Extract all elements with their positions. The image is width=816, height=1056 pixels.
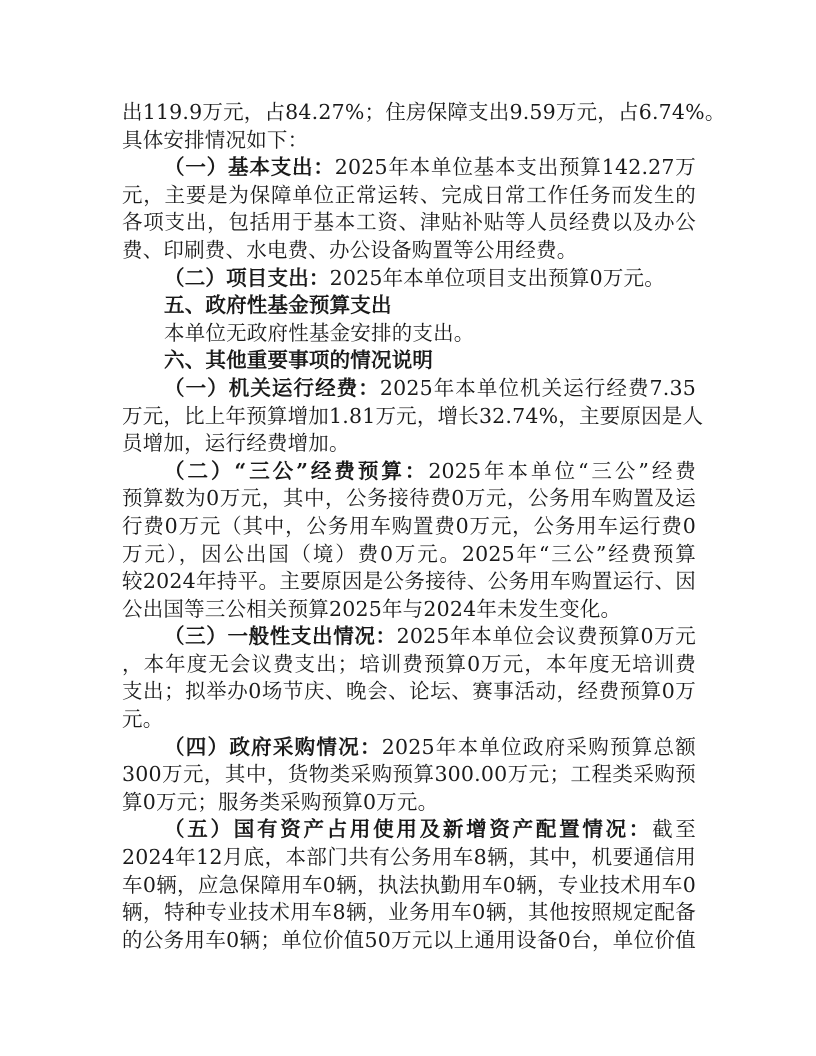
subsection-heading: （四）政府采购情况： bbox=[164, 735, 382, 759]
subsection-heading: （一）基本支出： bbox=[164, 155, 335, 179]
line-text: 公出国等三公相关预算2025年与2024年未发生变化。 bbox=[122, 597, 621, 621]
line-text: 截至 bbox=[652, 817, 696, 841]
subsection-project-expenditure: （二）项目支出：2025年本单位项目支出预算0万元。 bbox=[122, 265, 696, 293]
subsection-heading: （五）国有资产占用使用及新增资产配置情况： bbox=[164, 817, 652, 841]
body-line: 算0万元；服务类采购预算0万元。 bbox=[122, 789, 696, 817]
body-line: 支出；拟举办0场节庆、晚会、论坛、赛事活动，经费预算0万 bbox=[122, 678, 696, 706]
line-text: 员增加，运行经费增加。 bbox=[122, 431, 350, 455]
body-line: 公出国等三公相关预算2025年与2024年未发生变化。 bbox=[122, 596, 696, 624]
line-text: 各项支出，包括用于基本工资、津贴补贴等人员经费以及办公 bbox=[122, 210, 696, 234]
line-text: 万元，比上年预算增加1.81万元，增长32.74%，主要原因是人 bbox=[122, 404, 703, 428]
line-text: 车0辆，应急保障用车0辆，执法执勤用车0辆，专业技术用车0 bbox=[122, 873, 696, 897]
line-text: 300万元，其中，货物类采购预算300.00万元；工程类采购预 bbox=[122, 762, 696, 786]
line-text: 2025年本单位“三公”经费 bbox=[428, 459, 696, 483]
body-line: 预算数为0万元，其中，公务接待费0万元，公务用车购置及运 bbox=[122, 485, 696, 513]
line-text: 2025年本单位基本支出预算142.27万 bbox=[335, 155, 696, 179]
line-text: 的公务用车0辆；单位价值50万元以上通用设备0台，单位价值 bbox=[122, 928, 696, 952]
line-text: 费、印刷费、水电费、办公设备购置等公用经费。 bbox=[122, 238, 577, 262]
line-text: 万元），因公出国（境）费0万元。2025年“三公”经费预算 bbox=[122, 542, 696, 566]
line-text: 具体安排情况如下： bbox=[122, 128, 308, 152]
body-line: 的公务用车0辆；单位价值50万元以上通用设备0台，单位价值 bbox=[122, 927, 696, 955]
line-text: 2025年本单位机关运行经费7.35 bbox=[380, 376, 696, 400]
line-text: 支出；拟举办0场节庆、晚会、论坛、赛事活动，经费预算0万 bbox=[122, 679, 696, 703]
body-line: 具体安排情况如下： bbox=[122, 127, 696, 155]
body-line: 较2024年持平。主要原因是公务接待、公务用车购置运行、因 bbox=[122, 568, 696, 596]
body-line: 300万元，其中，货物类采购预算300.00万元；工程类采购预 bbox=[122, 761, 696, 789]
line-text: 较2024年持平。主要原因是公务接待、公务用车购置运行、因 bbox=[122, 569, 696, 593]
line-text: 元，主要是为保障单位正常运转、完成日常工作任务而发生的 bbox=[122, 183, 696, 207]
subsection-state-assets: （五）国有资产占用使用及新增资产配置情况：截至 bbox=[122, 816, 696, 844]
section-heading-6: 六、其他重要事项的情况说明 bbox=[122, 347, 696, 375]
subsection-heading: （二）项目支出： bbox=[164, 266, 330, 290]
line-text: 2024年12月底，本部门共有公务用车8辆，其中，机要通信用 bbox=[122, 845, 696, 869]
subsection-heading: （一）机关运行经费： bbox=[164, 376, 380, 400]
section-heading-5: 五、政府性基金预算支出 bbox=[122, 292, 696, 320]
line-text: 行费0万元（其中，公务用车购置费0万元，公务用车运行费0 bbox=[122, 514, 696, 538]
subsection-three-public-expenses: （二）“三公”经费预算：2025年本单位“三公”经费 bbox=[122, 458, 696, 486]
section-heading: 五、政府性基金预算支出 bbox=[164, 293, 392, 317]
body-line: 2024年12月底，本部门共有公务用车8辆，其中，机要通信用 bbox=[122, 844, 696, 872]
line-text: 预算数为0万元，其中，公务接待费0万元，公务用车购置及运 bbox=[122, 486, 696, 510]
body-line: 车0辆，应急保障用车0辆，执法执勤用车0辆，专业技术用车0 bbox=[122, 872, 696, 900]
subsection-heading: （三）一般性支出情况： bbox=[164, 624, 397, 648]
body-line: 行费0万元（其中，公务用车购置费0万元，公务用车运行费0 bbox=[122, 513, 696, 541]
line-text: 辆，特种专业技术用车8辆，业务用车0辆，其他按照规定配备 bbox=[122, 900, 696, 924]
body-line: 出119.9万元，占84.27%；住房保障支出9.59万元，占6.74%。 bbox=[122, 99, 696, 127]
body-line: 本单位无政府性基金安排的支出。 bbox=[122, 320, 696, 348]
body-line: 辆，特种专业技术用车8辆，业务用车0辆，其他按照规定配备 bbox=[122, 899, 696, 927]
body-line: 员增加，运行经费增加。 bbox=[122, 430, 696, 458]
section-heading: 六、其他重要事项的情况说明 bbox=[164, 348, 433, 372]
line-text: 2025年本单位会议费预算0万元 bbox=[397, 624, 696, 648]
document-page: 出119.9万元，占84.27%；住房保障支出9.59万元，占6.74%。 具体… bbox=[122, 99, 696, 954]
line-text: 本单位无政府性基金安排的支出。 bbox=[164, 321, 475, 345]
body-line: 万元），因公出国（境）费0万元。2025年“三公”经费预算 bbox=[122, 541, 696, 569]
body-line: 元，主要是为保障单位正常运转、完成日常工作任务而发生的 bbox=[122, 182, 696, 210]
line-text: 2025年本单位项目支出预算0万元。 bbox=[330, 266, 665, 290]
body-line: 费、印刷费、水电费、办公设备购置等公用经费。 bbox=[122, 237, 696, 265]
line-text: 出119.9万元，占84.27%；住房保障支出9.59万元，占6.74%。 bbox=[122, 100, 726, 124]
line-text: 算0万元；服务类采购预算0万元。 bbox=[122, 790, 438, 814]
line-text: ，本年度无会议费支出；培训费预算0万元，本年度无培训费 bbox=[122, 652, 696, 676]
line-text: 2025年本单位政府采购预算总额 bbox=[382, 735, 696, 759]
body-line: 元。 bbox=[122, 706, 696, 734]
body-line: 万元，比上年预算增加1.81万元，增长32.74%，主要原因是人 bbox=[122, 403, 696, 431]
line-text: 元。 bbox=[122, 707, 163, 731]
subsection-general-expenditure: （三）一般性支出情况：2025年本单位会议费预算0万元 bbox=[122, 623, 696, 651]
subsection-heading: （二）“三公”经费预算： bbox=[164, 459, 428, 483]
subsection-operating-funds: （一）机关运行经费：2025年本单位机关运行经费7.35 bbox=[122, 375, 696, 403]
subsection-basic-expenditure: （一）基本支出：2025年本单位基本支出预算142.27万 bbox=[122, 154, 696, 182]
body-line: ，本年度无会议费支出；培训费预算0万元，本年度无培训费 bbox=[122, 651, 696, 679]
body-line: 各项支出，包括用于基本工资、津贴补贴等人员经费以及办公 bbox=[122, 209, 696, 237]
subsection-government-procurement: （四）政府采购情况：2025年本单位政府采购预算总额 bbox=[122, 734, 696, 762]
